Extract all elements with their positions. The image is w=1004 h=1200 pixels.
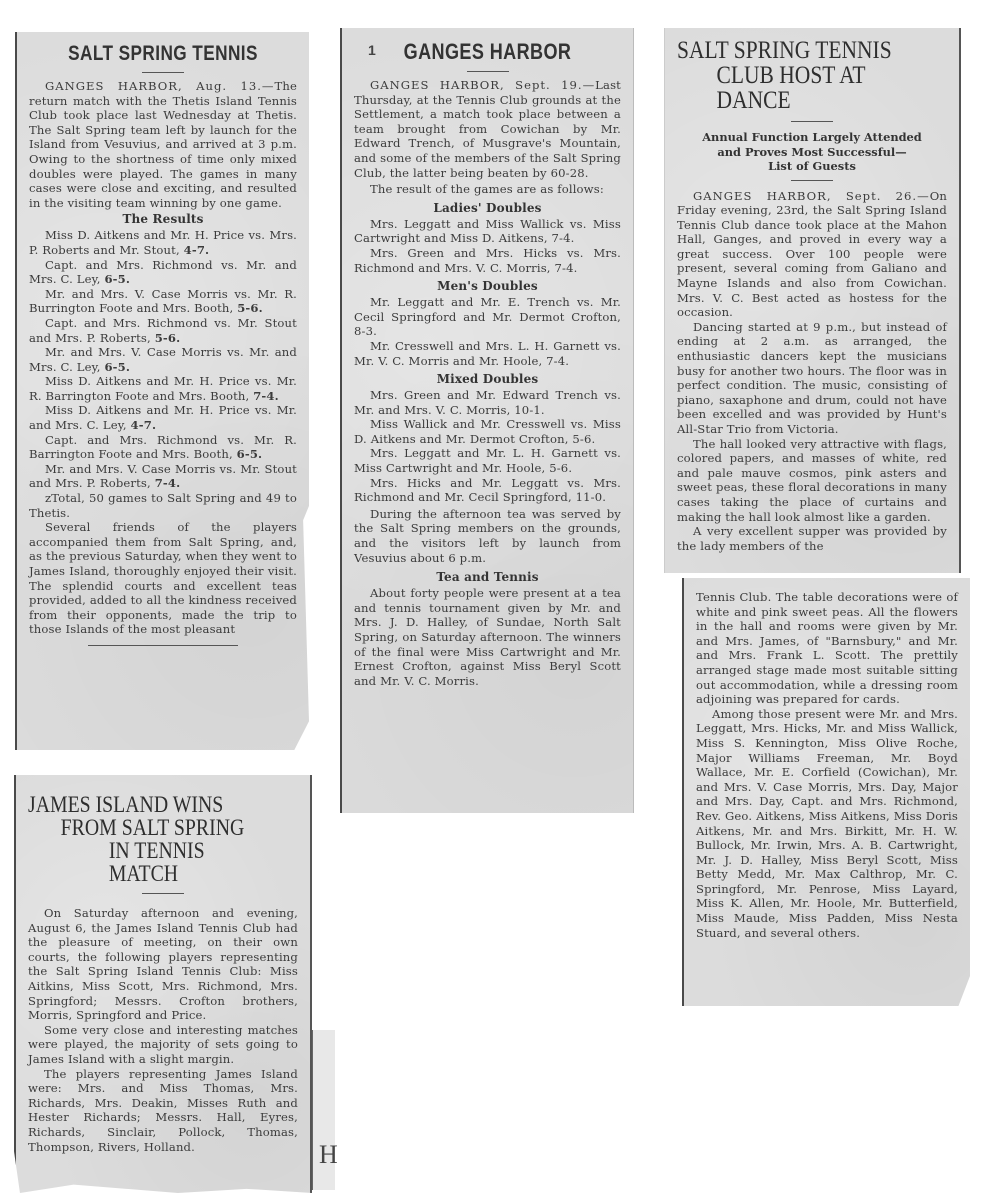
result-score: 6-5. — [104, 360, 130, 374]
result-text: Mr. and Mrs. V. Case Morris vs. Mr. and … — [29, 345, 297, 374]
closing-paragraph: Several friends of the players accompani… — [29, 520, 297, 637]
dateline: GANGES HARBOR, Sept. 26.— — [693, 189, 930, 203]
tea-paragraph: About forty people were present at a tea… — [354, 586, 621, 688]
intro-text: Last Thursday, at the Tennis Club ground… — [354, 78, 621, 180]
total-line: zTotal, 50 games to Salt Spring and 49 t… — [29, 491, 297, 520]
result-item: Mr. Leggatt and Mr. E. Trench vs. Mr. Ce… — [354, 295, 621, 339]
result-item: Miss D. Aitkens and Mr. H. Price vs. Mrs… — [29, 228, 297, 257]
dek-line-3: List of Guests — [677, 159, 947, 174]
result-score: 4-7. — [184, 243, 210, 257]
clipping-club-dance-part-1: SALT SPRING TENNIS CLUB HOST AT DANCE An… — [664, 28, 961, 573]
article-body: Tennis Club. The table decorations were … — [696, 590, 958, 940]
divider — [142, 72, 184, 73]
paragraph-3: The hall looked very attractive with fla… — [677, 437, 947, 525]
result-score: 6-5. — [237, 447, 263, 461]
results-list: Miss D. Aitkens and Mr. H. Price vs. Mrs… — [29, 228, 297, 491]
headline-line-2: FROM SALT SPRING — [28, 816, 260, 839]
article-body: On Saturday afternoon and evening, Augus… — [28, 906, 298, 1154]
paragraph-1: On Saturday afternoon and evening, Augus… — [28, 906, 298, 1023]
article-body: GANGES HARBOR, Aug. 13.—The return match… — [29, 79, 297, 637]
dek-line-1: Annual Function Largely Attended — [677, 130, 947, 145]
paragraph-2: Dancing started at 9 p.m., but instead o… — [677, 320, 947, 437]
tea-note: During the afternoon tea was served by t… — [354, 507, 621, 565]
headline: SALT SPRING TENNIS — [53, 42, 273, 66]
divider — [791, 121, 833, 122]
result-item: Mrs. Green and Mr. Edward Trench vs. Mr.… — [354, 388, 621, 417]
result-score: 5-6. — [155, 331, 181, 345]
result-item: Mr. and Mrs. V. Case Morris vs. Mr. R. B… — [29, 287, 297, 316]
column-marker: 1 — [368, 42, 376, 58]
result-score: 4-7. — [131, 418, 157, 432]
result-text: Capt. and Mrs. Richmond vs. Mr. and Mrs.… — [29, 258, 297, 287]
dek-line-2: and Proves Most Successful— — [677, 145, 947, 160]
section-heading: Ladies' Doubles — [354, 200, 621, 216]
result-item: Mr. Cresswell and Mrs. L. H. Garnett vs.… — [354, 339, 621, 368]
result-item: Mrs. Hicks and Mr. Leggatt vs. Mrs. Rich… — [354, 476, 621, 505]
result-item: Capt. and Mrs. Richmond vs. Mr. Stout an… — [29, 316, 297, 345]
section-heading: Mixed Doubles — [354, 371, 621, 387]
clipping-ganges-harbor: 1 GANGES HARBOR GANGES HARBOR, Sept. 19.… — [340, 28, 634, 813]
divider — [467, 71, 509, 72]
divider — [791, 180, 833, 181]
guest-list-paragraph: Among those present were Mr. and Mrs. Le… — [696, 707, 958, 941]
dateline: GANGES HARBOR, Sept. 19.— — [370, 78, 595, 92]
clipping-club-dance-part-2: Tennis Club. The table decorations were … — [682, 578, 970, 1006]
article-body: GANGES HARBOR, Sept. 19.—Last Thursday, … — [354, 78, 621, 688]
result-text: Miss D. Aitkens and Mr. H. Price vs. Mrs… — [29, 228, 297, 257]
clipping-james-island-wins: JAMES ISLAND WINS FROM SALT SPRING IN TE… — [14, 775, 312, 1193]
result-item: Miss Wallick and Mr. Cresswell vs. Miss … — [354, 417, 621, 446]
lead-in: The result of the games are as follows: — [354, 182, 621, 197]
result-item: Mrs. Leggatt and Mr. L. H. Garnett vs. M… — [354, 446, 621, 475]
result-item: Capt. and Mrs. Richmond vs. Mr. and Mrs.… — [29, 258, 297, 287]
results-heading: The Results — [29, 211, 297, 227]
headline-line-2: CLUB HOST AT DANCE — [677, 63, 909, 113]
paragraph-4: A very excellent supper was provided by … — [677, 524, 947, 553]
result-item: Miss D. Aitkens and Mr. H. Price vs. Mr.… — [29, 374, 297, 403]
result-score: 7-4. — [253, 389, 279, 403]
headline-line-1: SALT SPRING TENNIS — [677, 38, 909, 63]
result-text: Miss D. Aitkens and Mr. H. Price vs. Mr.… — [29, 403, 297, 432]
paragraph-2: Some very close and interesting matches … — [28, 1023, 298, 1067]
headline-line-3: IN TENNIS MATCH — [28, 839, 260, 885]
paragraph-1: On Friday evening, 23rd, the Salt Spring… — [677, 189, 947, 320]
intro-text: The return match with the Thetis Island … — [29, 79, 297, 210]
result-item: Mrs. Leggatt and Miss Wallick vs. Miss C… — [354, 217, 621, 246]
headline: JAMES ISLAND WINS FROM SALT SPRING IN TE… — [28, 793, 260, 885]
result-item: Mr. and Mrs. V. Case Morris vs. Mr. and … — [29, 345, 297, 374]
dateline: GANGES HARBOR, Aug. 13.— — [45, 79, 274, 93]
headline-line-1: JAMES ISLAND WINS — [28, 793, 260, 816]
paragraph-3: The players representing James Island we… — [28, 1067, 298, 1155]
result-item: Capt. and Mrs. Richmond vs. Mr. R. Barri… — [29, 433, 297, 462]
results-sections: Ladies' DoublesMrs. Leggatt and Miss Wal… — [354, 200, 621, 505]
divider — [142, 893, 184, 894]
divider — [88, 645, 238, 646]
result-score: 7-4. — [155, 476, 181, 490]
paragraph-5: Tennis Club. The table decorations were … — [696, 590, 958, 707]
subheadline: Annual Function Largely Attended and Pro… — [677, 130, 947, 174]
clipping-salt-spring-tennis: SALT SPRING TENNIS GANGES HARBOR, Aug. 1… — [15, 32, 309, 750]
result-item: Mr. and Mrs. V. Case Morris vs. Mr. Stou… — [29, 462, 297, 491]
article-body: GANGES HARBOR, Sept. 26.—On Friday eveni… — [677, 189, 947, 554]
result-score: 5-6. — [237, 301, 263, 315]
adjacent-column-fragment: H — [312, 1030, 335, 1190]
section-heading: Men's Doubles — [354, 278, 621, 294]
result-score: 6-5. — [104, 272, 130, 286]
fragment-letter: H — [319, 1140, 338, 1170]
result-item: Mrs. Green and Mrs. Hicks vs. Mrs. Richm… — [354, 246, 621, 275]
headline: GANGES HARBOR — [378, 39, 597, 65]
tea-heading: Tea and Tennis — [354, 569, 621, 585]
result-item: Miss D. Aitkens and Mr. H. Price vs. Mr.… — [29, 403, 297, 432]
headline: SALT SPRING TENNIS CLUB HOST AT DANCE — [677, 38, 909, 113]
